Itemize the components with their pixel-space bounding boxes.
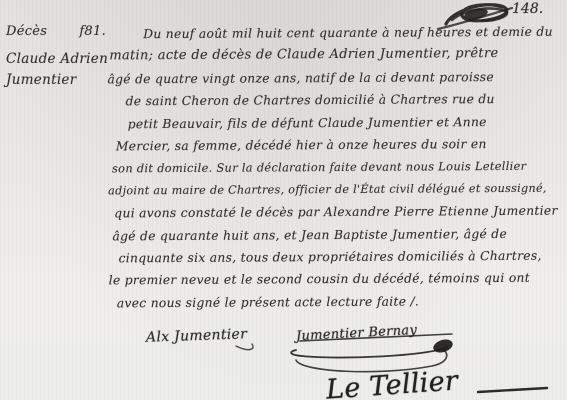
act-line-8: adjoint au maire de Chartres, officier d…	[108, 177, 564, 202]
signature-official-letellier: Le Tellier	[325, 365, 459, 400]
act-line-4: de saint Cheron de Chartres domicilié à …	[108, 88, 564, 113]
act-line-11: cinquante six ans, tous deux propriétair…	[108, 245, 564, 270]
act-line-3: âgé de quatre vingt onze ans, natif de l…	[107, 65, 563, 90]
act-line-13: avec nous signé le présent acte lecture …	[109, 289, 565, 314]
act-line-6: Mercier, sa femme, décédé hier à onze he…	[108, 133, 564, 158]
act-line-5: petit Beauvair, fils de défunt Claude Ju…	[108, 110, 564, 135]
page-number: 148.	[512, 1, 543, 17]
scanned-death-record-page: Décès f81. Claude Adrien Jumentier 148. …	[0, 0, 567, 400]
act-body-text: Du neuf août mil huit cent quarante à ne…	[107, 21, 565, 315]
act-line-2: matin; acte de décès de Claude Adrien Ju…	[107, 43, 563, 68]
margin-folio-number: f81.	[79, 24, 106, 39]
margin-deceased-name-line1: Claude Adrien	[6, 49, 110, 70]
signature-witness-jumentier: Alx Jumentier	[146, 326, 248, 346]
margin-notes: Décès f81. Claude Adrien Jumentier	[6, 24, 110, 91]
act-line-9: qui avons constaté le décès par Alexandr…	[108, 200, 564, 225]
margin-deceased-name-line2: Jumentier	[6, 70, 110, 91]
act-line-1: Du neuf août mil huit cent quarante à ne…	[107, 21, 563, 46]
margin-heading-deces: Décès	[6, 24, 47, 39]
signature-witness-jumentier-bernay: Jumentier Bernay	[296, 323, 418, 344]
act-line-7: son dit domicile. Sur la déclaration fai…	[108, 155, 564, 180]
act-line-12: le premier neveu et le second cousin du …	[109, 267, 565, 292]
act-line-10: âgé de quarante huit ans, et Jean Baptis…	[108, 222, 564, 247]
